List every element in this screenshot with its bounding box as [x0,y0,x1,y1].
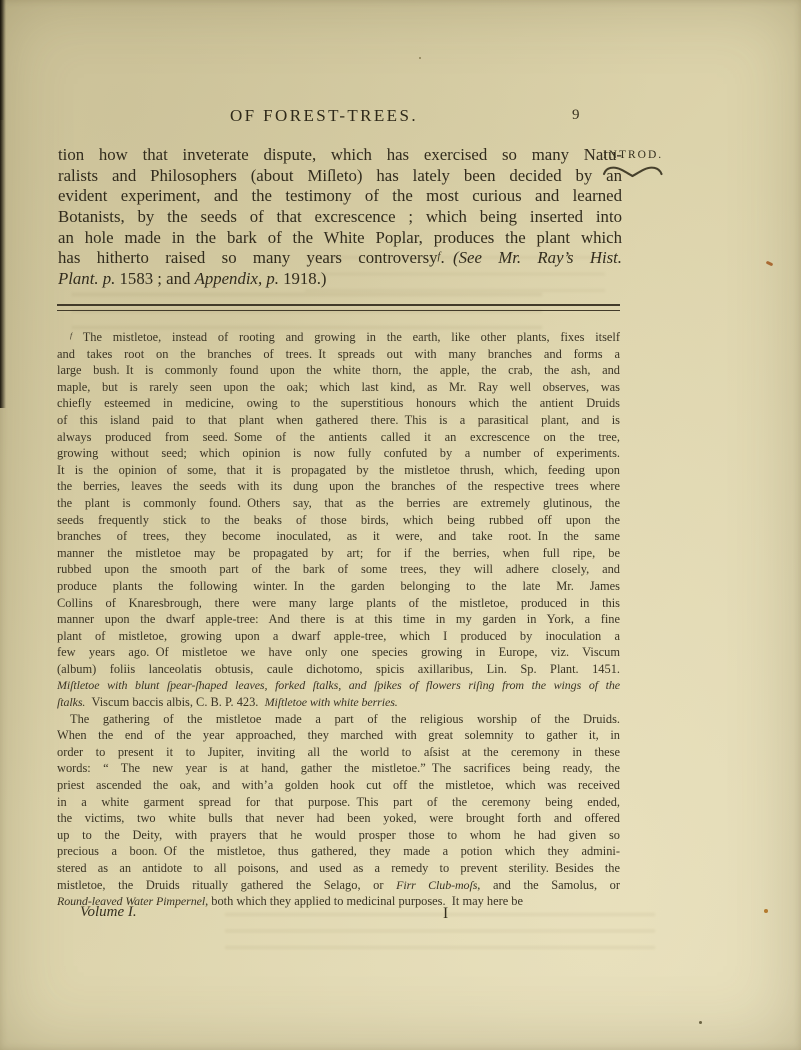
text-line: It is the opinion of some, that it is pr… [57,462,620,479]
text-line: priest ascended the oak, and with’a gold… [57,777,620,794]
text-line: f The mistletoe, instead of rooting and … [57,329,620,346]
text-line: the berries, leaves the seeds with its d… [57,478,620,495]
main-text-paragraph: tion how that inveterate dispute, which … [58,145,622,290]
text-line: the plant is commonly found. Others say,… [57,495,620,512]
text-line: rubbed upon the smooth part of the bark … [57,561,620,578]
signature-mark: I [443,905,448,923]
text-line: manner the mistletoe may be propagated b… [57,545,620,562]
text-line: few years ago. Of mistletoe we have only… [57,644,620,661]
paper-speck [764,909,768,913]
text-line: evident experiment, and the testimony of… [58,186,622,207]
text-line: order to present it to Jupiter, inviting… [57,744,620,761]
text-line: ſtalks. Viscum baccis albis, C. B. P. 42… [57,694,620,711]
text-line: ralists and Philosophers (about Miſleto)… [58,166,622,187]
text-line: has hitherto raised so many years contro… [58,248,622,269]
text-line: stered as an antidote to all poisons, an… [57,860,620,877]
text-line: large bush. It is commonly found upon th… [57,362,620,379]
text-line: growing without seed; which opinion is n… [57,445,620,462]
text-line: in a white garment spread for that purpo… [57,794,620,811]
text-line: mistletoe, the Druids ritually gathered … [57,877,620,894]
text-line: branches of trees, they become inoculate… [57,528,620,545]
text-line: maple, but is rarely seen upon the oak; … [57,379,620,396]
text-line: precious a boon. Of the mistletoe, thus … [57,843,620,860]
text-line: Collins of Knaresbrough, there were many… [57,595,620,612]
text-line: produce plants the following winter. In … [57,578,620,595]
text-line: chiefly esteemed in medicine, owing to t… [57,395,620,412]
text-line: up to the Deity, with prayers that he wo… [57,827,620,844]
text-line: Round-leaved Water Pimpernel, both which… [57,893,620,910]
footnote-double-rule [57,304,620,311]
running-head-title: OF FOREST-TREES. [230,106,418,126]
text-line: seeds frequently stick to the beaks of t… [57,512,620,529]
text-line: plant of mistletoe, growing upon a dwarf… [57,628,620,645]
paper-speck [766,261,774,267]
paper-speck [419,57,421,59]
text-line: The gathering of the mistletoe made a pa… [57,711,620,728]
bleedthrough-text [225,913,655,949]
page-number: 9 [572,107,580,124]
volume-label: Volume I. [80,904,137,921]
text-line: Plant. p. 1583 ; and Appendix, p. 1918.) [58,269,622,290]
text-line: always produced from seed. Some of the a… [57,429,620,446]
text-line: (album) foliis lanceolatis obtusis, caul… [57,661,620,678]
text-line: Botanists, by the seeds of that excresce… [58,207,622,228]
text-line: Miſtletoe with blunt ſpear-ſhaped leaves… [57,677,620,694]
footnote-block: f The mistletoe, instead of rooting and … [57,329,620,910]
text-line: words: “ The new year is at hand, gather… [57,760,620,777]
text-line: When the end of the year approached, the… [57,727,620,744]
text-line: manner upon the dwarf apple-tree: And th… [57,611,620,628]
scan-edge-shadow [0,0,4,120]
text-line: an hole made in the bark of the White Po… [58,228,622,249]
book-page-scan: OF FOREST-TREES. 9 INTROD. tion how that… [0,0,801,1050]
text-line: and takes root on the branches of trees.… [57,346,620,363]
paper-speck [699,1021,702,1024]
text-line: tion how that inveterate dispute, which … [58,145,622,166]
text-line: of this island paid to that plant when g… [57,412,620,429]
text-line: the victims, two white bulls that never … [57,810,620,827]
